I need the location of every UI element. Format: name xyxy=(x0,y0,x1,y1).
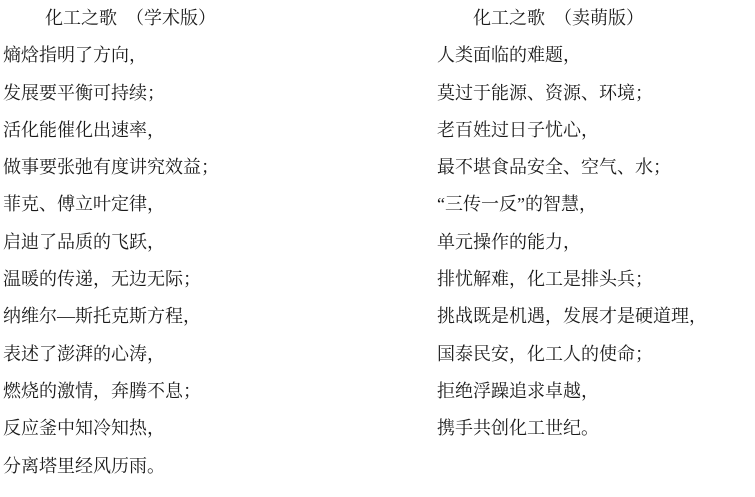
poem-line: 分离塔里经风历雨。 xyxy=(3,448,375,485)
poem-column-cute: 化工之歌 （卖萌版） 人类面临的难题， 莫过于能源、资源、环境； 老百姓过日子忧… xyxy=(437,0,753,448)
poem-line: 表述了澎湃的心涛， xyxy=(3,336,375,373)
poem-line: 燃烧的激情，奔腾不息； xyxy=(3,373,375,410)
poem-line: 做事要张弛有度讲究效益； xyxy=(3,149,375,186)
poem-line: 温暖的传递，无边无际； xyxy=(3,261,375,298)
poem-line: 最不堪食品安全、空气、水； xyxy=(437,149,753,186)
poem-line: 反应釜中知冷知热， xyxy=(3,410,375,447)
poem-line: 拒绝浮躁追求卓越， xyxy=(437,373,753,410)
poem-line: 人类面临的难题， xyxy=(437,37,753,74)
poem-line: 熵焓指明了方向， xyxy=(3,37,375,74)
poem-title-cute: 化工之歌 （卖萌版） xyxy=(437,0,753,37)
poem-line: “三传一反”的智慧， xyxy=(437,186,753,223)
poem-line: 活化能催化出速率， xyxy=(3,112,375,149)
poem-line: 发展要平衡可持续； xyxy=(3,75,375,112)
poem-line: 菲克、傅立叶定律， xyxy=(3,186,375,223)
poem-line: 携手共创化工世纪。 xyxy=(437,410,753,447)
poem-line: 挑战既是机遇，发展才是硬道理， xyxy=(437,298,753,335)
poem-line: 单元操作的能力， xyxy=(437,224,753,261)
poem-line: 国泰民安，化工人的使命； xyxy=(437,336,753,373)
poem-line: 启迪了品质的飞跃， xyxy=(3,224,375,261)
poem-line: 莫过于能源、资源、环境； xyxy=(437,75,753,112)
poem-line: 排忧解难，化工是排头兵； xyxy=(437,261,753,298)
poem-title-academic: 化工之歌 （学术版） xyxy=(3,0,375,37)
poem-line: 老百姓过日子忧心， xyxy=(437,112,753,149)
poem-column-academic: 化工之歌 （学术版） 熵焓指明了方向， 发展要平衡可持续； 活化能催化出速率， … xyxy=(3,0,375,485)
poem-line: 纳维尔—斯托克斯方程， xyxy=(3,298,375,335)
